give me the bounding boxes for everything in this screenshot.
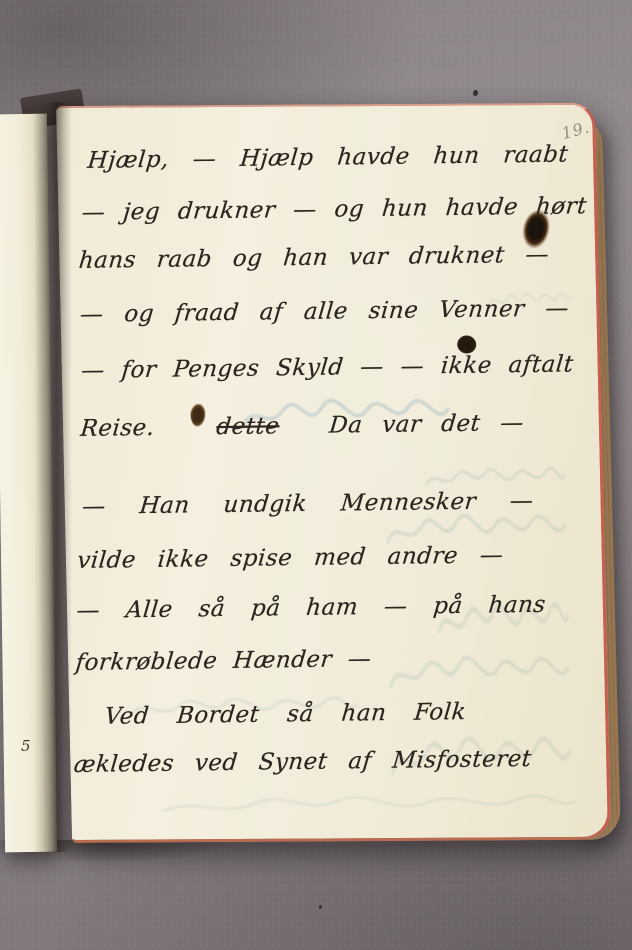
facing-page-folio-number: 5 — [21, 737, 31, 755]
ink-blot-round — [457, 335, 476, 353]
manuscript-line: — Han undgik Mennesker — — [81, 488, 535, 520]
struck-out-word: dette — [215, 413, 280, 440]
manuscript-line: — Alle så på ham — på hans — [75, 592, 547, 624]
manuscript-line: Ved Bordet så han Folk — [104, 699, 468, 730]
manuscript-word: Da var det — — [328, 410, 525, 439]
manuscript-line: — jeg drukner — og hun havde hørt — [81, 193, 589, 226]
show-through-ghost-line — [388, 655, 571, 696]
manuscript-line: vilde ikke spise med andre — — [76, 542, 504, 574]
manuscript-line-with-strikeout: Reise. dette Da var det — — [79, 410, 525, 442]
manuscript-page: 19. Hjælp, — Hjælp havde hun raabt — jeg… — [56, 103, 611, 843]
manuscript-line: ækledes ved Synet af Misfosteret — [73, 746, 533, 778]
page-number: 19. — [560, 118, 592, 143]
manuscript-line: — og fraad af alle sine Venner — — [79, 295, 570, 327]
manuscript-line: — for Penges Skyld — — ikke aftalt — [80, 351, 575, 383]
manuscript-word: Reise. — [79, 415, 156, 442]
manuscript-line: Hjælp, — Hjælp havde hun raabt — [86, 142, 569, 174]
manuscript-line: forkrøblede Hænder — — [74, 646, 372, 676]
manuscript-line: hans raab og han var druknet — — [78, 242, 551, 274]
show-through-ghost-line — [159, 791, 580, 820]
